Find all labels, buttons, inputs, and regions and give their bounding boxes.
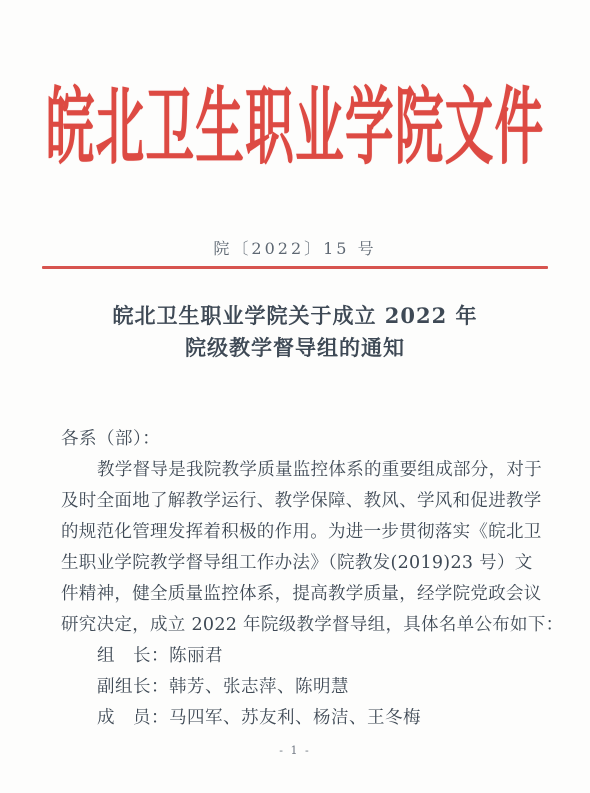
notice-title-line2: 院级教学督导组的通知 [0,332,590,364]
notice-title-line1: 皖北卫生职业学院关于成立 2022 年 [0,300,590,332]
red-divider-line [42,266,548,269]
page-number: - 1 - [0,744,590,757]
notice-title: 皖北卫生职业学院关于成立 2022 年 院级教学督导组的通知 [0,300,590,364]
paragraph-line: 及时全面地了解教学运行、教学保障、教风、学风和促进教学 [61,486,534,517]
roster-names: 陈丽君 [169,646,223,666]
notice-body: 各系（部）： 教学督导是我院教学质量监控体系的重要组成部分，对于 及时全面地了解… [61,424,534,734]
roster-names: 韩芳、张志萍、陈明慧 [169,677,349,697]
roster-row-members: 成 员：马四军、苏友利、杨洁、王冬梅 [61,703,534,734]
roster-names: 马四军、苏友利、杨洁、王冬梅 [169,708,421,728]
roster-role: 组 长： [97,646,169,666]
roster-row-leader: 组 长：陈丽君 [61,641,534,672]
roster-role: 副组长： [97,677,169,697]
document-page: 皖北卫生职业学院文件 院〔2022〕15 号 皖北卫生职业学院关于成立 2022… [0,0,590,793]
roster-row-deputy-leaders: 副组长：韩芳、张志萍、陈明慧 [61,672,534,703]
paragraph-line: 的规范化管理发挥着积极的作用。为进一步贯彻落实《皖北卫 [61,517,534,548]
roster-role: 成 员： [97,708,169,728]
paragraph-line: 教学督导是我院教学质量监控体系的重要组成部分，对于 [61,455,534,486]
masthead-title: 皖北卫生职业学院文件 [46,76,545,178]
paragraph-line: 研究决定，成立 2022 年院级教学督导组，具体名单公布如下： [61,610,534,641]
paragraph-line: 生职业学院教学督导组工作办法》（院教发(2019)23 号）文 [61,548,534,579]
paragraph-line: 件精神，健全质量监控体系，提高教学质量，经学院党政会议 [61,579,534,610]
document-number: 院〔2022〕15 号 [0,236,590,259]
masthead: 皖北卫生职业学院文件 [0,76,590,178]
salutation: 各系（部）： [61,424,534,455]
